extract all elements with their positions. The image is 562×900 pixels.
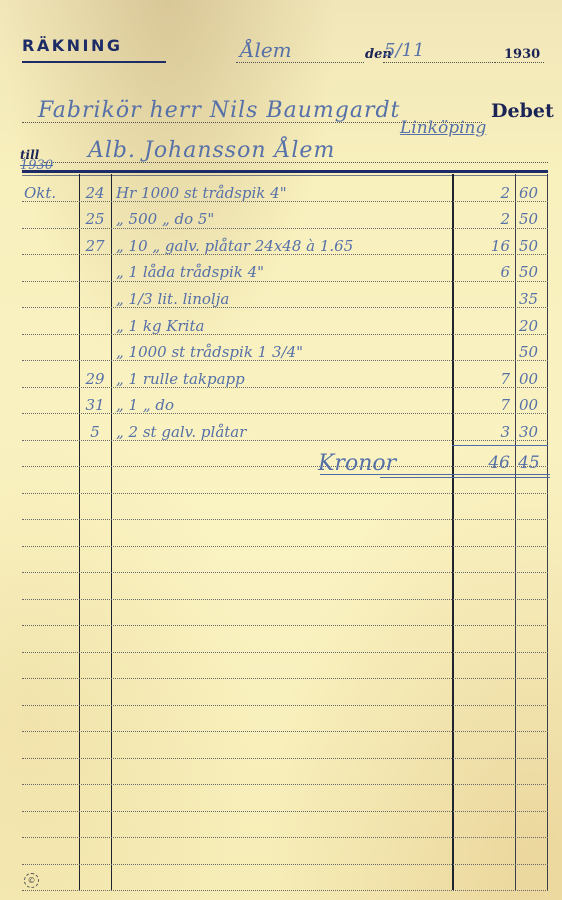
ruled-line [22,493,548,494]
row-kronor: 7 [456,370,510,388]
table-header-rule-2 [22,175,548,176]
total-label: Kronor [318,451,396,476]
row-day: 27 [83,237,107,255]
place-line [236,62,364,63]
debet-label: Debet [491,100,554,122]
row-description: „ 500 „ do 5" [116,210,214,228]
ruled-line [22,705,548,706]
row-day: 5 [83,423,107,441]
ruled-line [22,784,548,785]
row-ore: 50 [519,343,538,361]
ruled-line [22,625,548,626]
row-month: Okt. [24,184,56,202]
row-day: 31 [83,396,107,414]
row-day: 25 [83,210,107,228]
row-kronor: 6 [456,263,510,281]
ruled-line [22,731,548,732]
ruled-line [22,811,548,812]
subtotal-rule [452,445,548,446]
total-underline [320,474,550,475]
row-kronor: 16 [456,237,510,255]
row-day: 24 [83,184,107,202]
row-description: „ 1 låda trådspik 4" [116,263,264,281]
row-ore: 00 [519,396,538,414]
ruled-line [22,864,548,865]
ruled-line [22,599,548,600]
row-ore: 60 [519,184,538,202]
row-description: „ 1000 st trådspik 1 3/4" [116,343,303,361]
table-header-rule [22,170,548,173]
total-double-underline [380,477,550,478]
row-description: „ 1 kg Krita [116,317,204,335]
ruled-line [22,334,548,335]
row-ore: 00 [519,370,538,388]
year: 1930 [504,47,540,62]
row-kronor: 3 [456,423,510,441]
ruled-line [22,837,548,838]
ruled-line [22,758,548,759]
row-kronor: 7 [456,396,510,414]
date: 5/11 [384,40,424,61]
title-underline [22,61,166,63]
ruled-line [22,546,548,547]
year-line [494,62,544,63]
ruled-line [22,519,548,520]
row-description: „ 1 rulle takpapp [116,370,245,388]
ruled-line [22,572,548,573]
row-description: „ 1 „ do [116,396,174,414]
document-title: RÄKNING [22,36,122,55]
total-ore: 45 [518,454,540,472]
row-day: 29 [83,370,107,388]
row-ore: 30 [519,423,538,441]
row-description: „ 1/3 lit. linolja [116,290,229,308]
date-line [383,62,493,63]
row-ore: 20 [519,317,538,335]
recipient-city: Linköping [400,118,486,138]
ruled-line [22,678,548,679]
ruled-line [22,890,548,891]
recipient-name: Fabrikör herr Nils Baumgardt [38,98,400,123]
row-description: Hr 1000 st trådspik 4" [116,184,287,202]
row-description: „ 2 st galv. plåtar [116,423,246,441]
row-ore: 50 [519,237,538,255]
row-ore: 50 [519,263,538,281]
ruled-line [22,652,548,653]
recipient-line-2 [44,162,548,163]
row-kronor: 2 [456,184,510,202]
ruled-line [22,307,548,308]
copyright-stamp: © [24,873,39,888]
row-ore: 35 [519,290,538,308]
row-ore: 50 [519,210,538,228]
sender-name: Alb. Johansson Ålem [88,138,335,163]
row-kronor: 2 [456,210,510,228]
place: Ålem [240,38,292,62]
row-description: „ 10 „ galv. plåtar 24x48 à 1.65 [116,237,353,255]
total-kronor: 46 [456,454,510,472]
